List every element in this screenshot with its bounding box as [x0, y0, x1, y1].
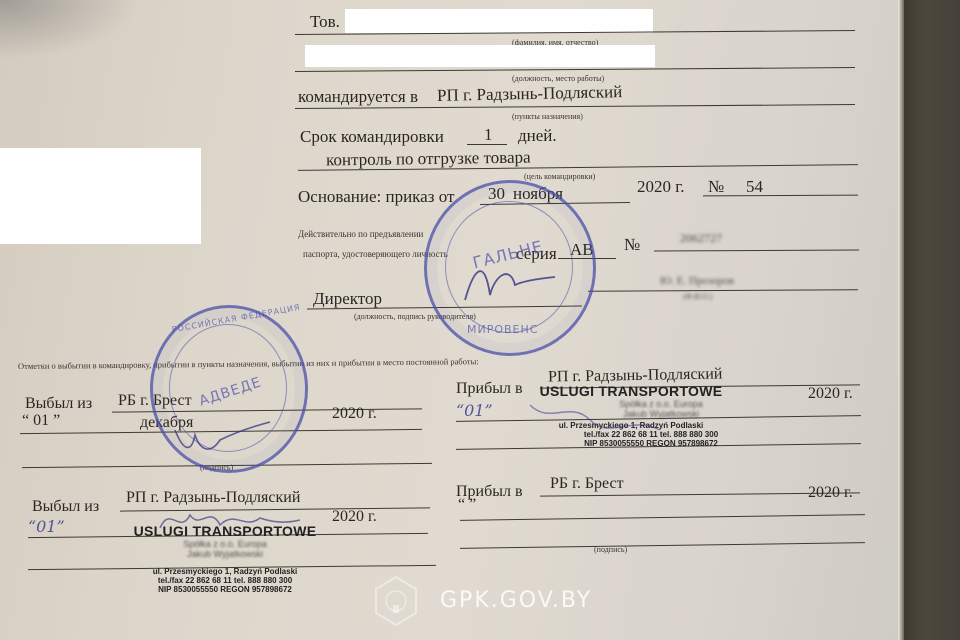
destination-hint: (пункты назначения)	[512, 112, 583, 121]
entry-year: 2020 г.	[808, 484, 853, 502]
redaction-left-block	[0, 148, 201, 244]
order-year: 2020 г.	[637, 177, 685, 197]
entry-day: “01”	[28, 517, 65, 536]
tov-label: Тов.	[310, 12, 340, 32]
passport-number: 2062727	[680, 231, 722, 246]
background-surface	[904, 0, 960, 640]
order-number: 54	[746, 177, 763, 197]
entry-label: Выбыл из	[25, 395, 92, 413]
redaction-name	[345, 9, 653, 33]
valid-line-1: Действительно по предъявлении	[298, 229, 423, 239]
director-name-hint: (Ф.И.О.)	[683, 292, 712, 301]
document-paper: Тов. (фамилия, имя, отчество) (должность…	[0, 0, 900, 640]
srok-unit: дней.	[518, 126, 557, 146]
director-name: Ю. Е. Прозоров	[660, 275, 734, 287]
osnovanie-label: Основание: приказ от	[298, 187, 454, 207]
signature-departure	[170, 410, 280, 460]
entry-day: “ 01 ”	[22, 412, 60, 430]
entry-year: 2020 г.	[808, 385, 853, 403]
purpose-hint: (цель командировки)	[524, 172, 595, 181]
signature-polish	[150, 500, 310, 540]
srok-value: 1	[484, 125, 493, 145]
director-label: Директор	[313, 289, 382, 309]
position-hint: (должность, место работы)	[512, 74, 604, 83]
passport-number-label: №	[624, 235, 640, 255]
company-stamp-address: ul. Przesmyckiego 1, Radzyń Podlaski	[110, 567, 340, 576]
entry-day: “01”	[456, 401, 493, 420]
srok-label: Срок командировки	[300, 127, 444, 147]
entry-place: РБ г. Брест	[550, 475, 624, 493]
destination-value: РП г. Радзынь-Подляский	[437, 82, 623, 106]
signature-polish-arrival	[520, 395, 680, 455]
entry-label: Прибыл в	[456, 380, 523, 398]
entry-hint: (подпись)	[594, 545, 627, 554]
entry-year: 2020 г.	[332, 405, 377, 423]
redaction-position	[305, 45, 655, 67]
company-stamp-line1: Spółka z o.o. Europa	[110, 539, 340, 549]
border-guard-emblem-icon	[372, 575, 420, 627]
entry-day: “ ”	[458, 496, 476, 514]
entry-label: Выбыл из	[32, 498, 99, 516]
company-stamp-phone: tel./fax 22 862 68 11 tel. 888 880 300	[110, 576, 340, 585]
order-number-label: №	[708, 177, 724, 197]
company-stamp-ids: NIP 8530055550 REGON 957898672	[110, 585, 340, 594]
watermark-text: GPK.GOV.BY	[440, 588, 592, 613]
signature-director	[455, 255, 575, 315]
komandiruetsya-label: командируется в	[298, 87, 418, 107]
company-stamp-line2: Jakub Wyjatkowski	[110, 549, 340, 559]
